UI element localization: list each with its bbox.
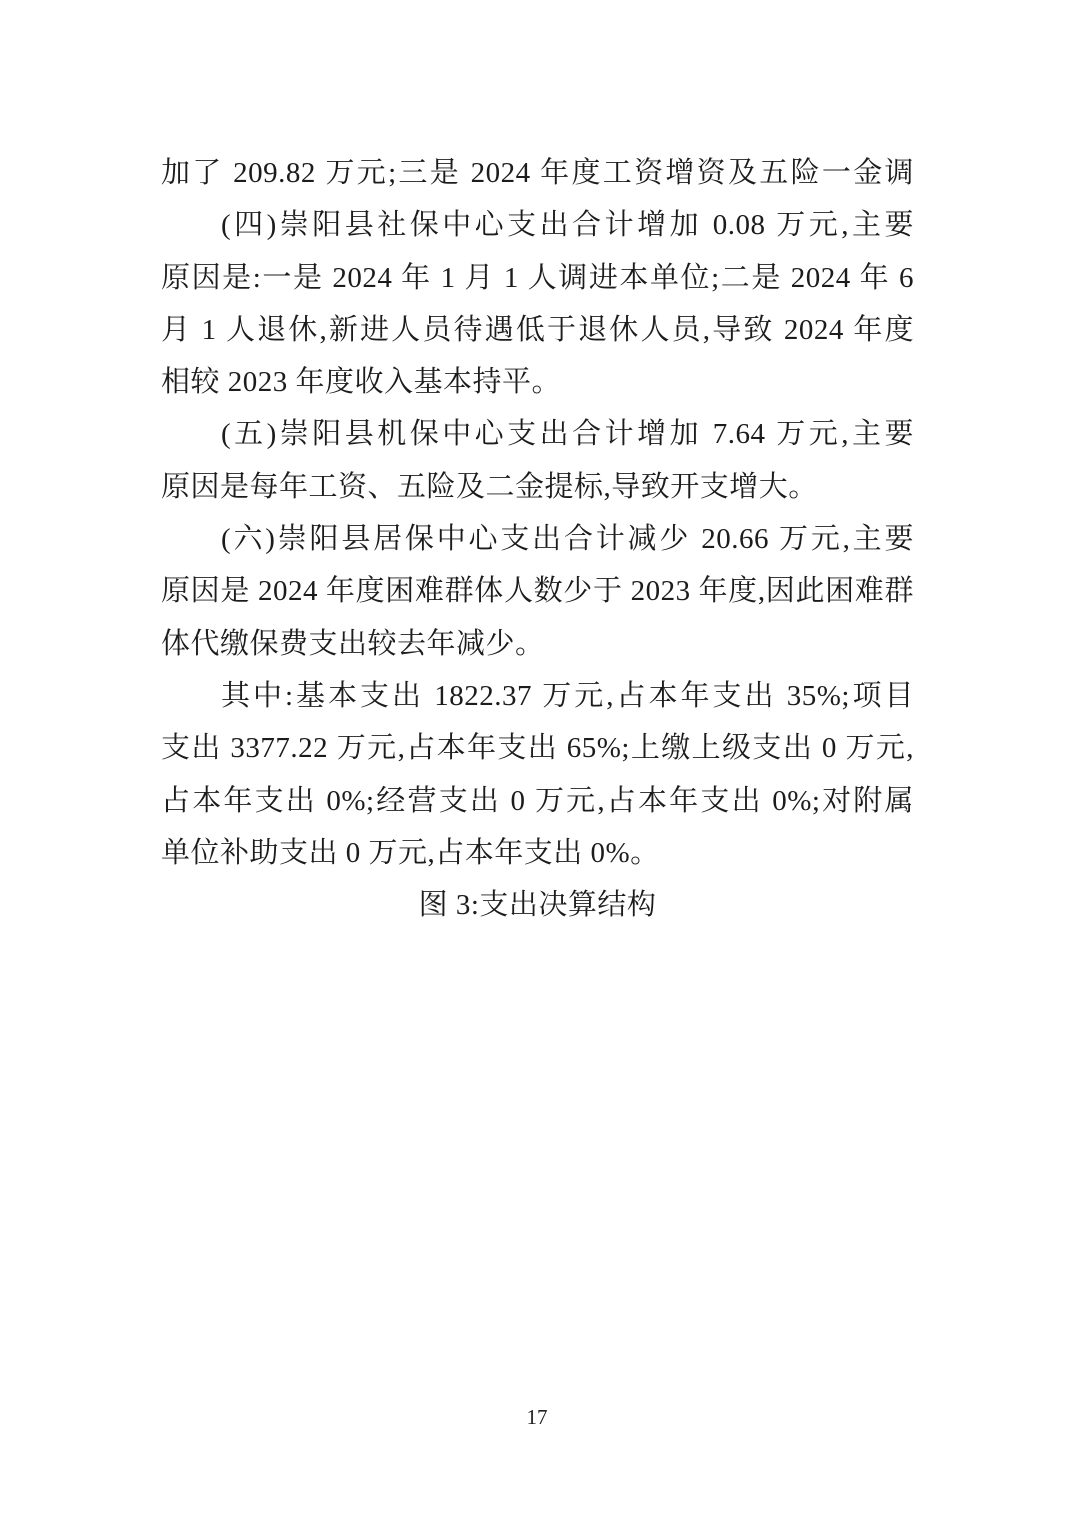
text-line: 加了 209.82 万元;三是 2024 年度工资增资及五险一金调标。 [161, 147, 914, 199]
text-line: 相较 2023 年度收入基本持平。 [161, 356, 914, 408]
text-line: 月 1 人退休,新进人员待遇低于退休人员,导致 2024 年度 [161, 304, 914, 356]
document-page: 加了 209.82 万元;三是 2024 年度工资增资及五险一金调标。 (四)崇… [0, 0, 1074, 1520]
text-line: 其中:基本支出 1822.37 万元,占本年支出 35%;项目 [161, 670, 914, 722]
text-line: 原因是每年工资、五险及二金提标,导致开支增大。 [161, 461, 914, 513]
text-line: 单位补助支出 0 万元,占本年支出 0%。 [161, 827, 914, 879]
text-line: 原因是 2024 年度困难群体人数少于 2023 年度,因此困难群 [161, 565, 914, 617]
text-line: (五)崇阳县机保中心支出合计增加 7.64 万元,主要 [161, 408, 914, 460]
text-line: 支出 3377.22 万元,占本年支出 65%;上缴上级支出 0 万元, [161, 722, 914, 774]
page-number: 17 [0, 1402, 1074, 1432]
text-line: (四)崇阳县社保中心支出合计增加 0.08 万元,主要 [161, 199, 914, 251]
text-line: (六)崇阳县居保中心支出合计减少 20.66 万元,主要 [161, 513, 914, 565]
figure-caption: 图 3:支出决算结构 [161, 879, 914, 931]
figure-placeholder-area [161, 935, 914, 1375]
text-line: 原因是:一是 2024 年 1 月 1 人调进本单位;二是 2024 年 6 [161, 252, 914, 304]
text-line: 体代缴保费支出较去年减少。 [161, 618, 914, 670]
text-line: 占本年支出 0%;经营支出 0 万元,占本年支出 0%;对附属 [161, 775, 914, 827]
text-block: 加了 209.82 万元;三是 2024 年度工资增资及五险一金调标。 (四)崇… [161, 147, 914, 931]
